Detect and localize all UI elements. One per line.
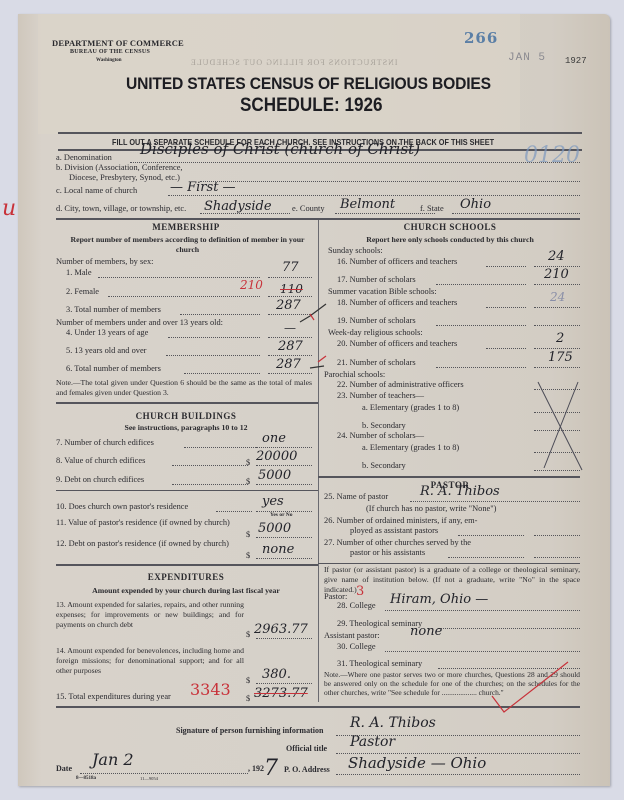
bleed-through-text: INSTRUCTIONS FOR FILLING OUT SCHEDULE [190, 58, 398, 67]
local-name-line [168, 195, 580, 196]
church-schools-rule [318, 476, 580, 478]
city-field[interactable]: Shadyside [204, 199, 272, 214]
cs-19-leader [436, 325, 526, 326]
assistant-pastor-field[interactable]: none [410, 624, 442, 639]
owns-residence-leader [216, 511, 252, 512]
cs-17-line [534, 284, 580, 285]
edifices-value-leader [172, 465, 248, 466]
cs-17-label: 17. Number of scholars [337, 275, 416, 284]
residence-debt-label: 12. Debt on pastor's residence (if owned… [56, 539, 252, 549]
edifices-count-line [256, 447, 312, 448]
received-stamp: JAN 5 [508, 52, 546, 64]
expense-14-line [256, 683, 312, 684]
assistant-pastor-label: Assistant pastor: [324, 631, 380, 640]
expense-13-line [256, 638, 312, 639]
edifices-debt-label: 9. Debt on church edifices [56, 475, 144, 484]
county-field[interactable]: Belmont [340, 197, 395, 212]
pastor-name-line [410, 501, 580, 502]
local-name-label: c. Local name of church [56, 186, 137, 195]
cs-21-line [534, 367, 580, 368]
state-label: f. State [420, 204, 444, 213]
expense-15-currency: $ [246, 694, 250, 703]
cs-17-leader [436, 284, 526, 285]
church-schools-subtitle: Report here only schools conducted by th… [320, 235, 580, 245]
edifices-debt-line [256, 484, 312, 485]
edifices-value-field[interactable]: 20000 [256, 449, 297, 464]
cs-20-line [534, 348, 580, 349]
cs-16-label: 16. Number of officers and teachers [337, 257, 457, 266]
official-title-label: Official title [286, 744, 327, 753]
male-leader [98, 277, 260, 278]
total-members-label: 3. Total number of members [66, 305, 161, 314]
male-field[interactable]: 77 [282, 260, 299, 275]
division-field[interactable] [200, 181, 580, 182]
residence-debt-field[interactable]: none [262, 542, 294, 557]
cs-18-line [534, 307, 580, 308]
pastor-name-label: 25. Name of pastor [324, 492, 388, 501]
cs-20-label: 20. Number of officers and teachers [337, 339, 457, 348]
local-name-field[interactable]: — First — [170, 180, 236, 195]
buildings-mid-rule [56, 490, 318, 491]
residence-debt-currency: $ [246, 551, 250, 560]
denomination-field[interactable]: Disciples of Christ (church of Christ) [140, 140, 420, 158]
print-code: 11—9054 [140, 776, 158, 781]
membership-rule [56, 402, 318, 404]
expense-15-field[interactable]: 3343 [190, 680, 231, 699]
male-label: 1. Male [66, 268, 92, 277]
owns-residence-field[interactable]: yes [262, 494, 284, 509]
q26-label-1: 26. Number of ordained ministers, if any… [324, 516, 477, 525]
sunday-schools-label: Sunday schools: [328, 246, 383, 255]
expense-13-field[interactable]: 2963.77 [254, 622, 308, 637]
asst-seminary-label: 31. Theological seminary [337, 659, 422, 668]
cs-23-label: 23. Number of teachers— [337, 391, 424, 400]
edifices-debt-field[interactable]: 5000 [258, 468, 291, 483]
date-label: Date [56, 764, 72, 773]
county-label: e. County [292, 204, 325, 213]
edifices-value-currency: $ [246, 458, 250, 467]
edifices-debt-leader [172, 484, 248, 485]
header-rule-top [58, 132, 582, 134]
q26-field[interactable] [534, 535, 580, 536]
blue-code: 0120 [524, 143, 580, 168]
over-13-leader [166, 355, 260, 356]
female-leader [108, 296, 260, 297]
signature-field[interactable]: R. A. Thibos [350, 715, 436, 731]
parochial-schools-label: Parochial schools: [324, 370, 385, 379]
cs-23a-label: a. Elementary (grades 1 to 8) [362, 403, 459, 412]
college-line [385, 610, 580, 611]
age-label: Number of members under and over 13 year… [56, 318, 223, 327]
expense-14-field[interactable]: 380. [262, 667, 291, 682]
date-field[interactable]: Jan 2 [92, 750, 134, 769]
seminary-field[interactable] [438, 628, 580, 629]
q27-label-1: 27. Number of other churches served by t… [324, 538, 471, 547]
pastor-mid-rule [318, 563, 580, 564]
cs-23b-label: b. Secondary [362, 421, 406, 430]
college-field[interactable]: Hiram, Ohio — [390, 592, 488, 607]
under-13-field[interactable]: — [284, 321, 296, 335]
q27-label-2: pastor or his assistants [350, 548, 425, 557]
under-13-leader [168, 337, 260, 338]
college-label: 28. College [337, 601, 376, 610]
bureau-label: BUREAU OF THE CENSUS [70, 49, 150, 55]
received-year: 1927 [565, 56, 587, 66]
county-line [335, 213, 435, 214]
cs-20-leader [486, 348, 526, 349]
q26-label-2: ployed as assistant pastors [350, 526, 438, 535]
female-field[interactable]: 210 [240, 278, 263, 292]
cs-24b-label: b. Secondary [362, 461, 406, 470]
expense-14-currency: $ [246, 676, 250, 685]
po-address-label: P. O. Address [284, 765, 330, 774]
pastor-sub-label: Pastor: [324, 592, 347, 601]
cross-out-mark [530, 378, 590, 474]
department-label: DEPARTMENT OF COMMERCE [52, 38, 184, 48]
cs-16-field[interactable]: 24 [548, 249, 565, 264]
buildings-rule [56, 564, 318, 566]
edifices-debt-currency: $ [246, 477, 250, 486]
female-label: 2. Female [66, 287, 99, 296]
division-label-2: Diocese, Presbytery, Synod, etc.) [69, 173, 180, 182]
pastor-mark: 3 [356, 584, 364, 599]
expense-13-label: 13. Amount expended for salaries, repair… [56, 600, 244, 630]
cs-20-field[interactable]: 2 [556, 331, 564, 346]
cs-18-label: 18. Number of officers and teachers [337, 298, 457, 307]
expense-13-currency: $ [246, 630, 250, 639]
margin-mark: u [2, 196, 16, 221]
po-address-field[interactable]: Shadyside — Ohio [348, 754, 486, 772]
membership-heading: MEMBERSHIP [56, 222, 316, 232]
total-members-6-label: 6. Total number of members [66, 364, 161, 373]
expense-15-label: 15. Total expenditures during year [56, 692, 171, 701]
cs-24-label: 24. Number of scholars— [337, 431, 424, 440]
city-label: Washington [96, 58, 122, 63]
city-label: d. City, town, village, or township, etc… [56, 204, 186, 213]
edifices-count-leader [184, 447, 260, 448]
cs-16-leader [486, 266, 526, 267]
residence-debt-line [256, 558, 312, 559]
edifices-value-label: 8. Value of church edifices [56, 456, 145, 465]
asst-college-field[interactable] [385, 651, 580, 652]
cs-21-label: 21. Number of scholars [337, 358, 416, 367]
pastor-name-hint: (If church has no pastor, write "None") [366, 504, 496, 513]
q27-field[interactable] [534, 557, 580, 558]
official-title-field[interactable]: Pastor [350, 734, 395, 750]
q27-leader [448, 557, 524, 558]
expenditures-heading: EXPENDITURES [56, 572, 316, 582]
owns-residence-label: 10. Does church own pastor's residence [56, 502, 188, 511]
under-13-label: 4. Under 13 years of age [66, 328, 148, 337]
membership-subtitle: Report number of members according to de… [70, 235, 305, 255]
residence-value-currency: $ [246, 530, 250, 539]
total-leader [180, 314, 260, 315]
edifices-value-line [256, 465, 312, 466]
membership-note: Note.—The total given under Question 6 s… [56, 378, 312, 398]
division-label-1: b. Division (Association, Conference, [56, 163, 183, 172]
weekday-schools-label: Week-day religious schools: [328, 328, 423, 337]
cs-19-label: 19. Number of scholars [337, 316, 416, 325]
residence-value-line [256, 537, 312, 538]
expense-15-struck-value: 3273.77 [254, 686, 308, 701]
year-field[interactable]: 7 [264, 756, 278, 781]
po-address-line [336, 774, 580, 775]
church-schools-heading: CHURCH SCHOOLS [320, 222, 580, 232]
cs-21-leader [436, 367, 526, 368]
state-field[interactable]: Ohio [460, 197, 491, 212]
male-line [268, 277, 312, 278]
edifices-count-label: 7. Number of church edifices [56, 438, 154, 447]
expense-14-label: 14. Amount expended for benevolences, in… [56, 646, 244, 676]
cs-21-field[interactable]: 175 [548, 350, 573, 365]
denomination-label: a. Denomination [56, 153, 112, 162]
female-struck-value: 110 [280, 282, 303, 296]
edifices-count-field[interactable]: one [262, 431, 286, 446]
by-sex-label: Number of members, by sex: [56, 257, 153, 266]
pastor-name-field[interactable]: R. A. Thibos [420, 484, 500, 499]
residence-value-field[interactable]: 5000 [258, 521, 291, 536]
cs-17-field[interactable]: 210 [544, 267, 569, 282]
expenditures-subtitle: Amount expended by your church during la… [56, 586, 316, 596]
cs-18-field[interactable]: 24 [550, 290, 565, 304]
church-buildings-heading: CHURCH BUILDINGS [56, 411, 316, 421]
cs-24a-label: a. Elementary (grades 1 to 8) [362, 443, 459, 452]
signature-label: Signature of person furnishing informati… [176, 726, 323, 735]
red-check-mark [490, 660, 570, 720]
form-number: 8—8518a [76, 776, 96, 781]
residence-value-label: 11. Value of pastor's residence (if owne… [56, 518, 252, 528]
denomination-line [130, 162, 580, 163]
female-line [268, 296, 312, 297]
asst-college-label: 30. College [337, 642, 376, 651]
cs-22-label: 22. Number of administrative officers [337, 380, 464, 389]
check-marks [296, 300, 330, 376]
page-subtitle: SCHEDULE: 1926 [240, 95, 383, 117]
stamp-number: 266 [464, 29, 498, 47]
column-divider [318, 220, 319, 702]
cs-19-field[interactable] [534, 325, 580, 326]
q26-leader [458, 535, 524, 536]
year-prefix: , 192 [248, 764, 264, 773]
total-6-leader [184, 373, 260, 374]
date-line [80, 773, 248, 774]
summer-schools-label: Summer vacation Bible schools: [328, 287, 437, 296]
yes-no-hint: Yes or No [270, 512, 293, 518]
state-line [452, 213, 580, 214]
over-13-label: 5. 13 years old and over [66, 346, 146, 355]
page-title: UNITED STATES CENSUS OF RELIGIOUS BODIES [126, 74, 494, 94]
cs-18-leader [486, 307, 526, 308]
